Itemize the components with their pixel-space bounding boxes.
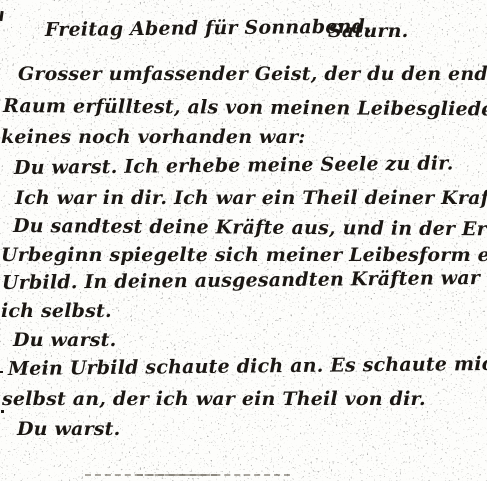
edge-speck [0,371,3,373]
edge-speck [1,410,4,413]
manuscript-line-3: keines noch vorhanden war: [1,127,306,148]
heading-day: Freitag Abend für Sonnabend. [45,17,372,41]
manuscript-line-12: selbst an, der ich war ein Theil von dir… [2,389,426,410]
manuscript-line-1: Grosser umfassender Geist, der du den en… [18,64,487,85]
manuscript-line-9: ich selbst. [1,301,112,322]
bottom-dotted-line-dark-segment [137,474,217,476]
manuscript-line-13: Du warst. [17,419,120,440]
manuscript-line-8: Urbild. In deinen ausgesandten Kräften w… [2,268,480,294]
heading-planet: Saturn. [328,21,408,42]
manuscript-page: Freitag Abend für Sonnabend. Saturn. Gro… [0,0,487,481]
manuscript-line-4: Du warst. Ich erhebe meine Seele zu dir. [14,153,454,178]
manuscript-line-7: Urbeginn spiegelte sich meiner Leibesfor… [1,245,487,266]
manuscript-line-11: Mein Urbild schaute dich an. Es schaute … [8,354,487,380]
manuscript-line-2: Raum erfülltest, als von meinen Leibesgl… [3,96,487,120]
manuscript-line-6: Du sandtest deine Kräfte aus, und in der… [13,216,487,240]
edge-ink-smudge [0,11,4,21]
manuscript-line-5: Ich war in dir. Ich war ein Theil deiner… [15,188,487,209]
manuscript-line-10: Du warst. [13,330,116,351]
